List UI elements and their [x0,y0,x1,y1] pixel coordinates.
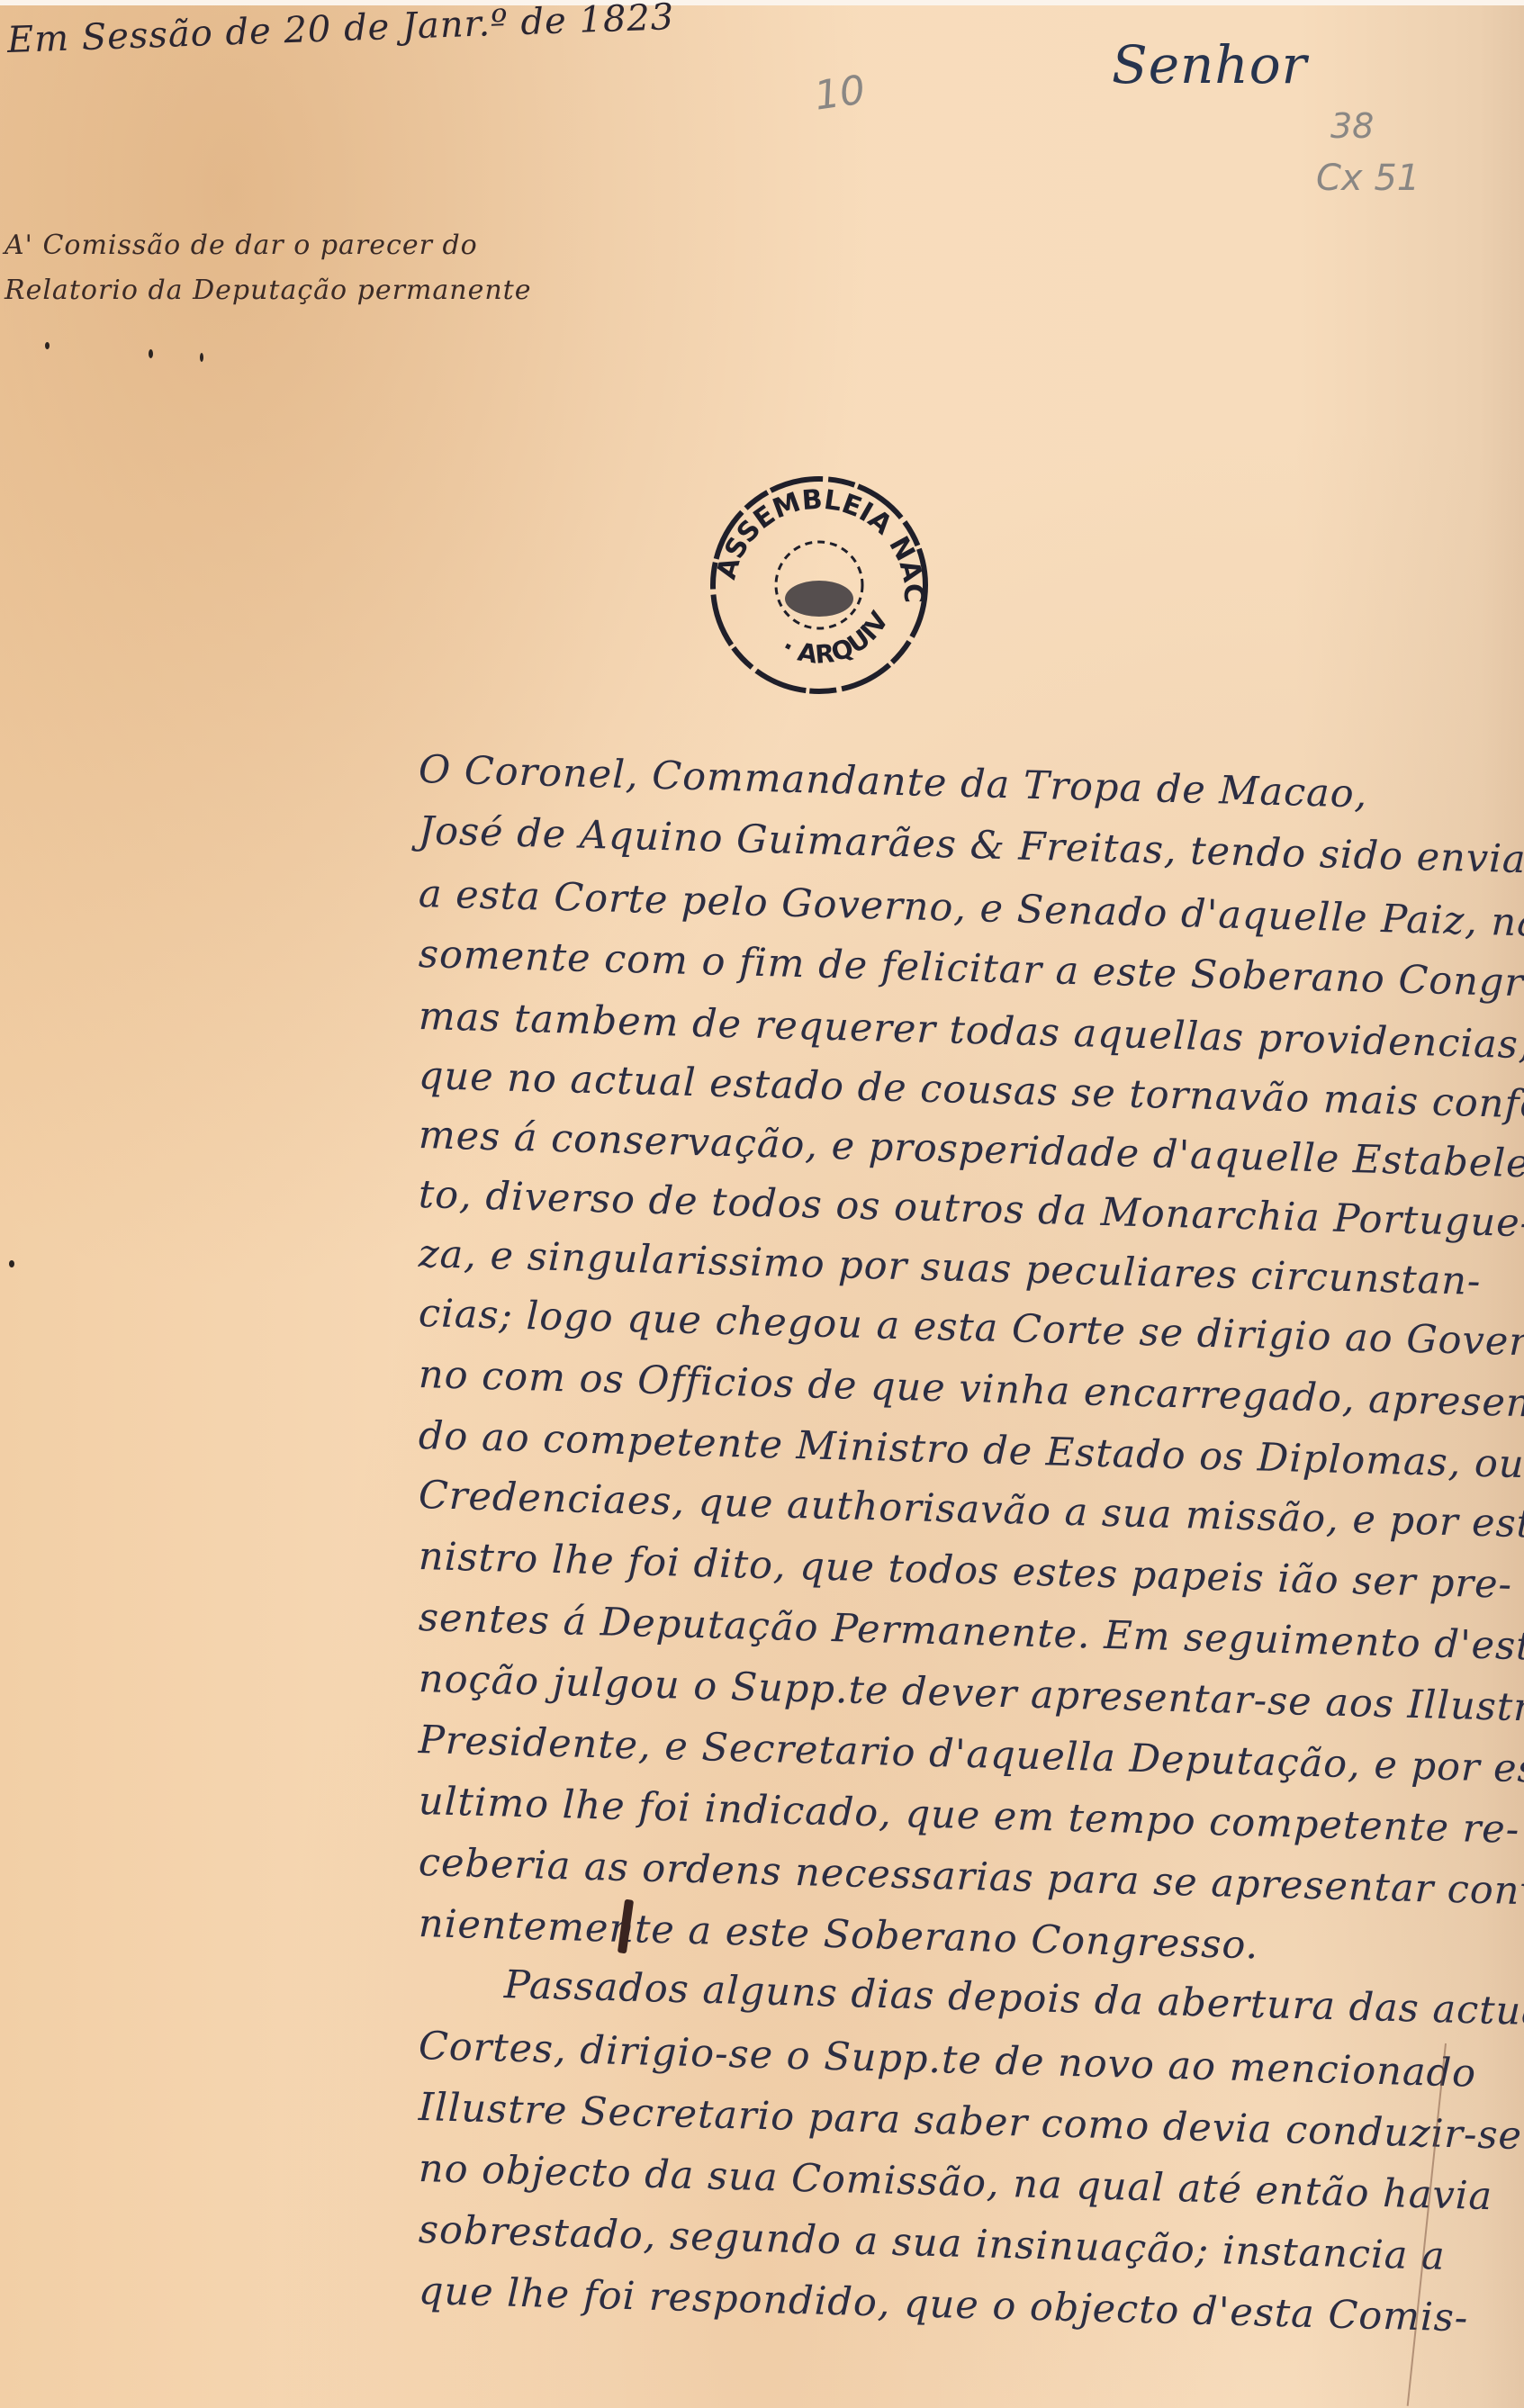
body-line: ceberia as ordens necessarias para se ap… [418,1840,1524,1916]
body-line: noção julgou o Supp.te dever apresentar-… [418,1656,1524,1732]
stamp-seal-icon: ASSEMBLEIA NACIONAL · ARQUIVO · [698,459,941,702]
page-edge [0,0,1524,5]
box-number: Cx 51 [1316,158,1420,199]
reference-number: 38 [1330,106,1374,146]
body-line: José de Aquino Guimarães & Freitas, tend… [418,808,1524,884]
body-line: Passados alguns dias depois da abertura … [503,1962,1524,2036]
body-line: somente com o fim de felicitar a este So… [418,932,1524,1008]
body-line: cias; logo que chegou a esta Corte se di… [418,1291,1524,1366]
paper-crease [1407,2043,1447,2406]
body-line: no com os Officios de que vinha encarreg… [418,1352,1524,1428]
body-line: no objecto da sua Comissão, na qual até … [418,2146,1492,2219]
body-line: O Coronel, Commandante da Tropa de Macao… [418,747,1368,817]
archive-stamp: ASSEMBLEIA NACIONAL · ARQUIVO · [698,459,941,702]
body-line: Illustre Secretario para saber como devi… [418,2085,1522,2159]
margin-note-line-1: A' Comissão de dar o parecer do [5,230,478,261]
body-line: za, e singularissimo por suas peculiares… [418,1231,1482,1304]
body-line: Presidente, e Secretario d'aquella Deput… [418,1718,1524,1793]
salutation: Senhor [1112,34,1307,95]
body-line: nientemente a este Soberano Congresso. [418,1901,1259,1968]
ink-spot [200,353,203,362]
body-line: Cortes, dirigio-se o Supp.te de novo ao … [418,2024,1476,2097]
session-note: Em Sessão de 20 de Janr.º de 1823 [6,0,675,61]
ink-spot [9,1260,14,1267]
manuscript-page: Em Sessão de 20 de Janr.º de 1823 Senhor… [0,0,1524,2408]
ink-spot [45,342,50,349]
body-line: sobrestado, segundo a sua insinuação; in… [418,2207,1446,2279]
margin-note-line-2: Relatorio da Deputação permanente [5,275,532,306]
body-line: que lhe foi respondido, que o objecto d'… [418,2268,1469,2341]
body-line: ultimo lhe foi indicado, que em tempo co… [418,1779,1520,1853]
ink-spot [149,349,153,358]
body-line: nistro lhe foi dito, que todos estes pap… [418,1534,1512,1608]
folio-number: 10 [812,67,869,119]
body-line: sentes á Deputação Permanente. Em seguim… [418,1595,1524,1670]
